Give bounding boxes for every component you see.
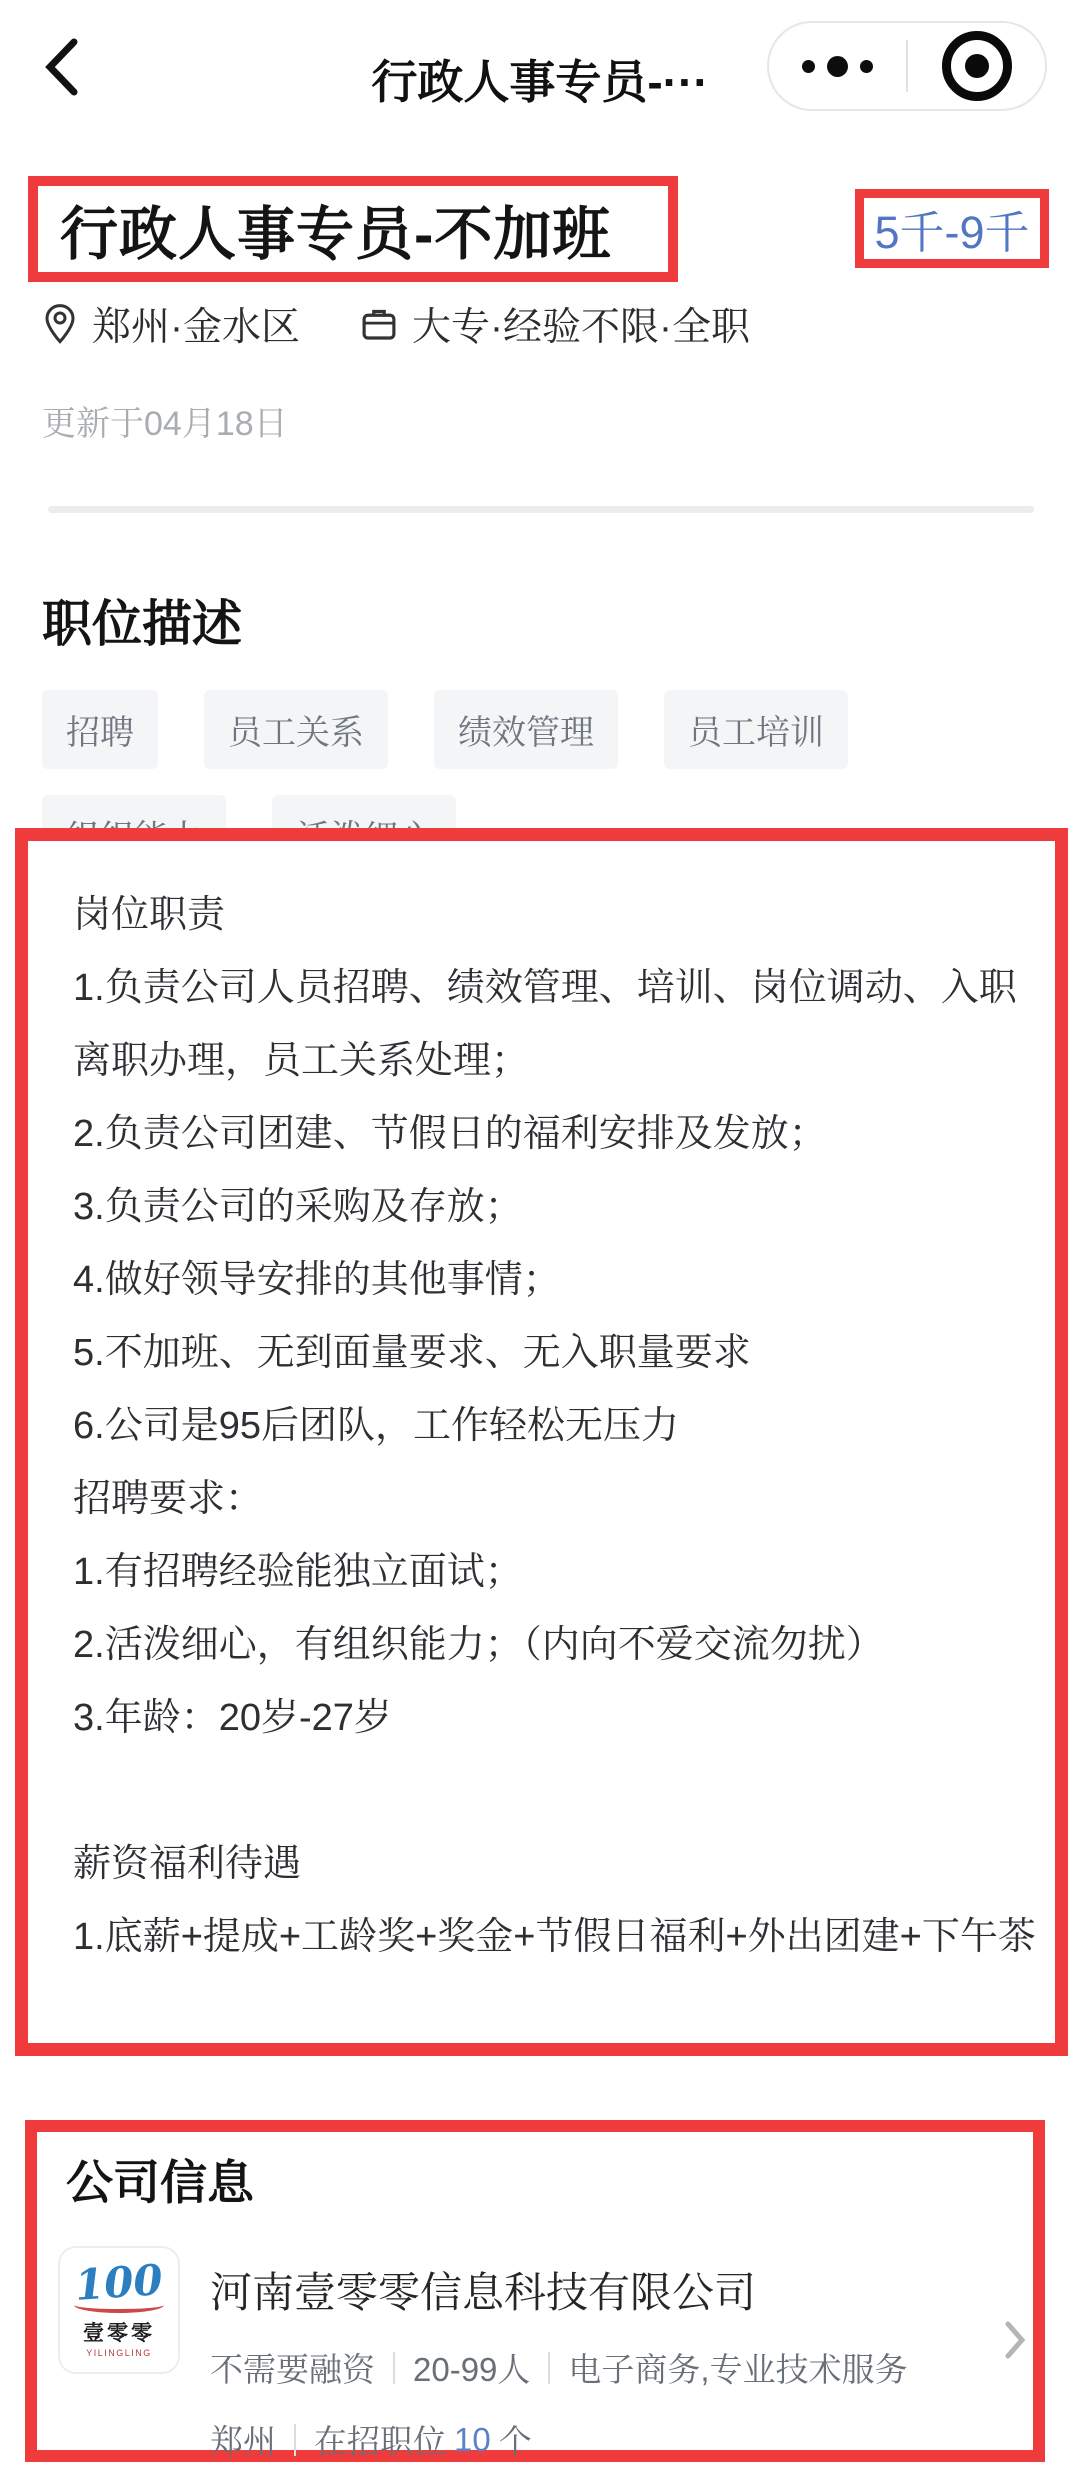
description-annotation-box: 岗位职责 1.负责公司人员招聘、绩效管理、培训、岗位调动、入职离职办理，员工关系… [15,828,1068,2056]
open-jobs-unit: 个 [499,2416,532,2463]
close-target-icon[interactable] [908,23,1045,109]
job-description-text: 岗位职责 1.负责公司人员招聘、绩效管理、培训、岗位调动、入职离职办理，员工关系… [28,841,1055,1974]
company-jobs-row: 郑州 在招职位 10 个 [210,2416,532,2463]
job-title-annotation-box: 行政人事专员-不加班 [28,176,678,282]
location-item: 郑州·金水区 [40,296,300,352]
open-jobs-count[interactable]: 10 [454,2421,491,2459]
requirement-text: 大专·经验不限·全职 [412,296,750,352]
section-divider [48,506,1034,513]
dot-icon [827,56,848,77]
briefcase-icon [358,303,400,345]
company-name[interactable]: 河南壹零零信息科技有限公司 [210,2260,756,2320]
tag-chip: 绩效管理 [434,690,618,769]
salary-annotation-box: 5千-9千 [855,189,1049,268]
salary-range: 5千-9千 [874,196,1029,261]
logo-latin: YILINGLING [86,2348,152,2358]
logo-number: 100 [74,2259,164,2305]
tag-chip: 员工关系 [204,690,388,769]
logo-hanzi: 壹零零 [83,2317,155,2347]
company-logo[interactable]: 100 壹零零 YILINGLING [58,2246,180,2374]
meta-separator [548,2352,550,2384]
updated-date: 更新于04月18日 [42,396,288,445]
company-city: 郑州 [210,2416,276,2463]
company-industry: 电子商务,专业技术服务 [568,2344,907,2391]
dot-icon [860,60,873,73]
meta-separator [294,2424,296,2456]
tag-chip: 员工培训 [664,690,848,769]
requirement-item: 大专·经验不限·全职 [358,296,750,352]
wechat-capsule [767,21,1047,111]
company-size: 20-99人 [413,2344,530,2391]
meta-separator [393,2352,395,2384]
job-meta-row: 郑州·金水区 大专·经验不限·全职 [40,296,750,352]
chevron-right-icon[interactable] [1002,2318,1028,2367]
dot-icon [802,60,815,73]
location-text: 郑州·金水区 [92,296,300,352]
company-heading: 公司信息 [66,2146,254,2213]
company-funding: 不需要融资 [210,2344,375,2391]
job-title: 行政人事专员-不加班 [38,187,611,271]
target-ring-icon [942,31,1012,101]
open-jobs-label: 在招职位 [314,2416,446,2463]
company-meta-row: 不需要融资 20-99人 电子商务,专业技术服务 [210,2344,908,2391]
job-detail-page: 行政人事专员-··· 行政人事专员-不加班 5千-9千 郑州·金水区 [0,0,1080,2476]
more-menu-icon[interactable] [769,23,906,109]
description-heading: 职位描述 [42,584,242,656]
tag-chip: 招聘 [42,690,158,769]
location-pin-icon [40,302,80,346]
